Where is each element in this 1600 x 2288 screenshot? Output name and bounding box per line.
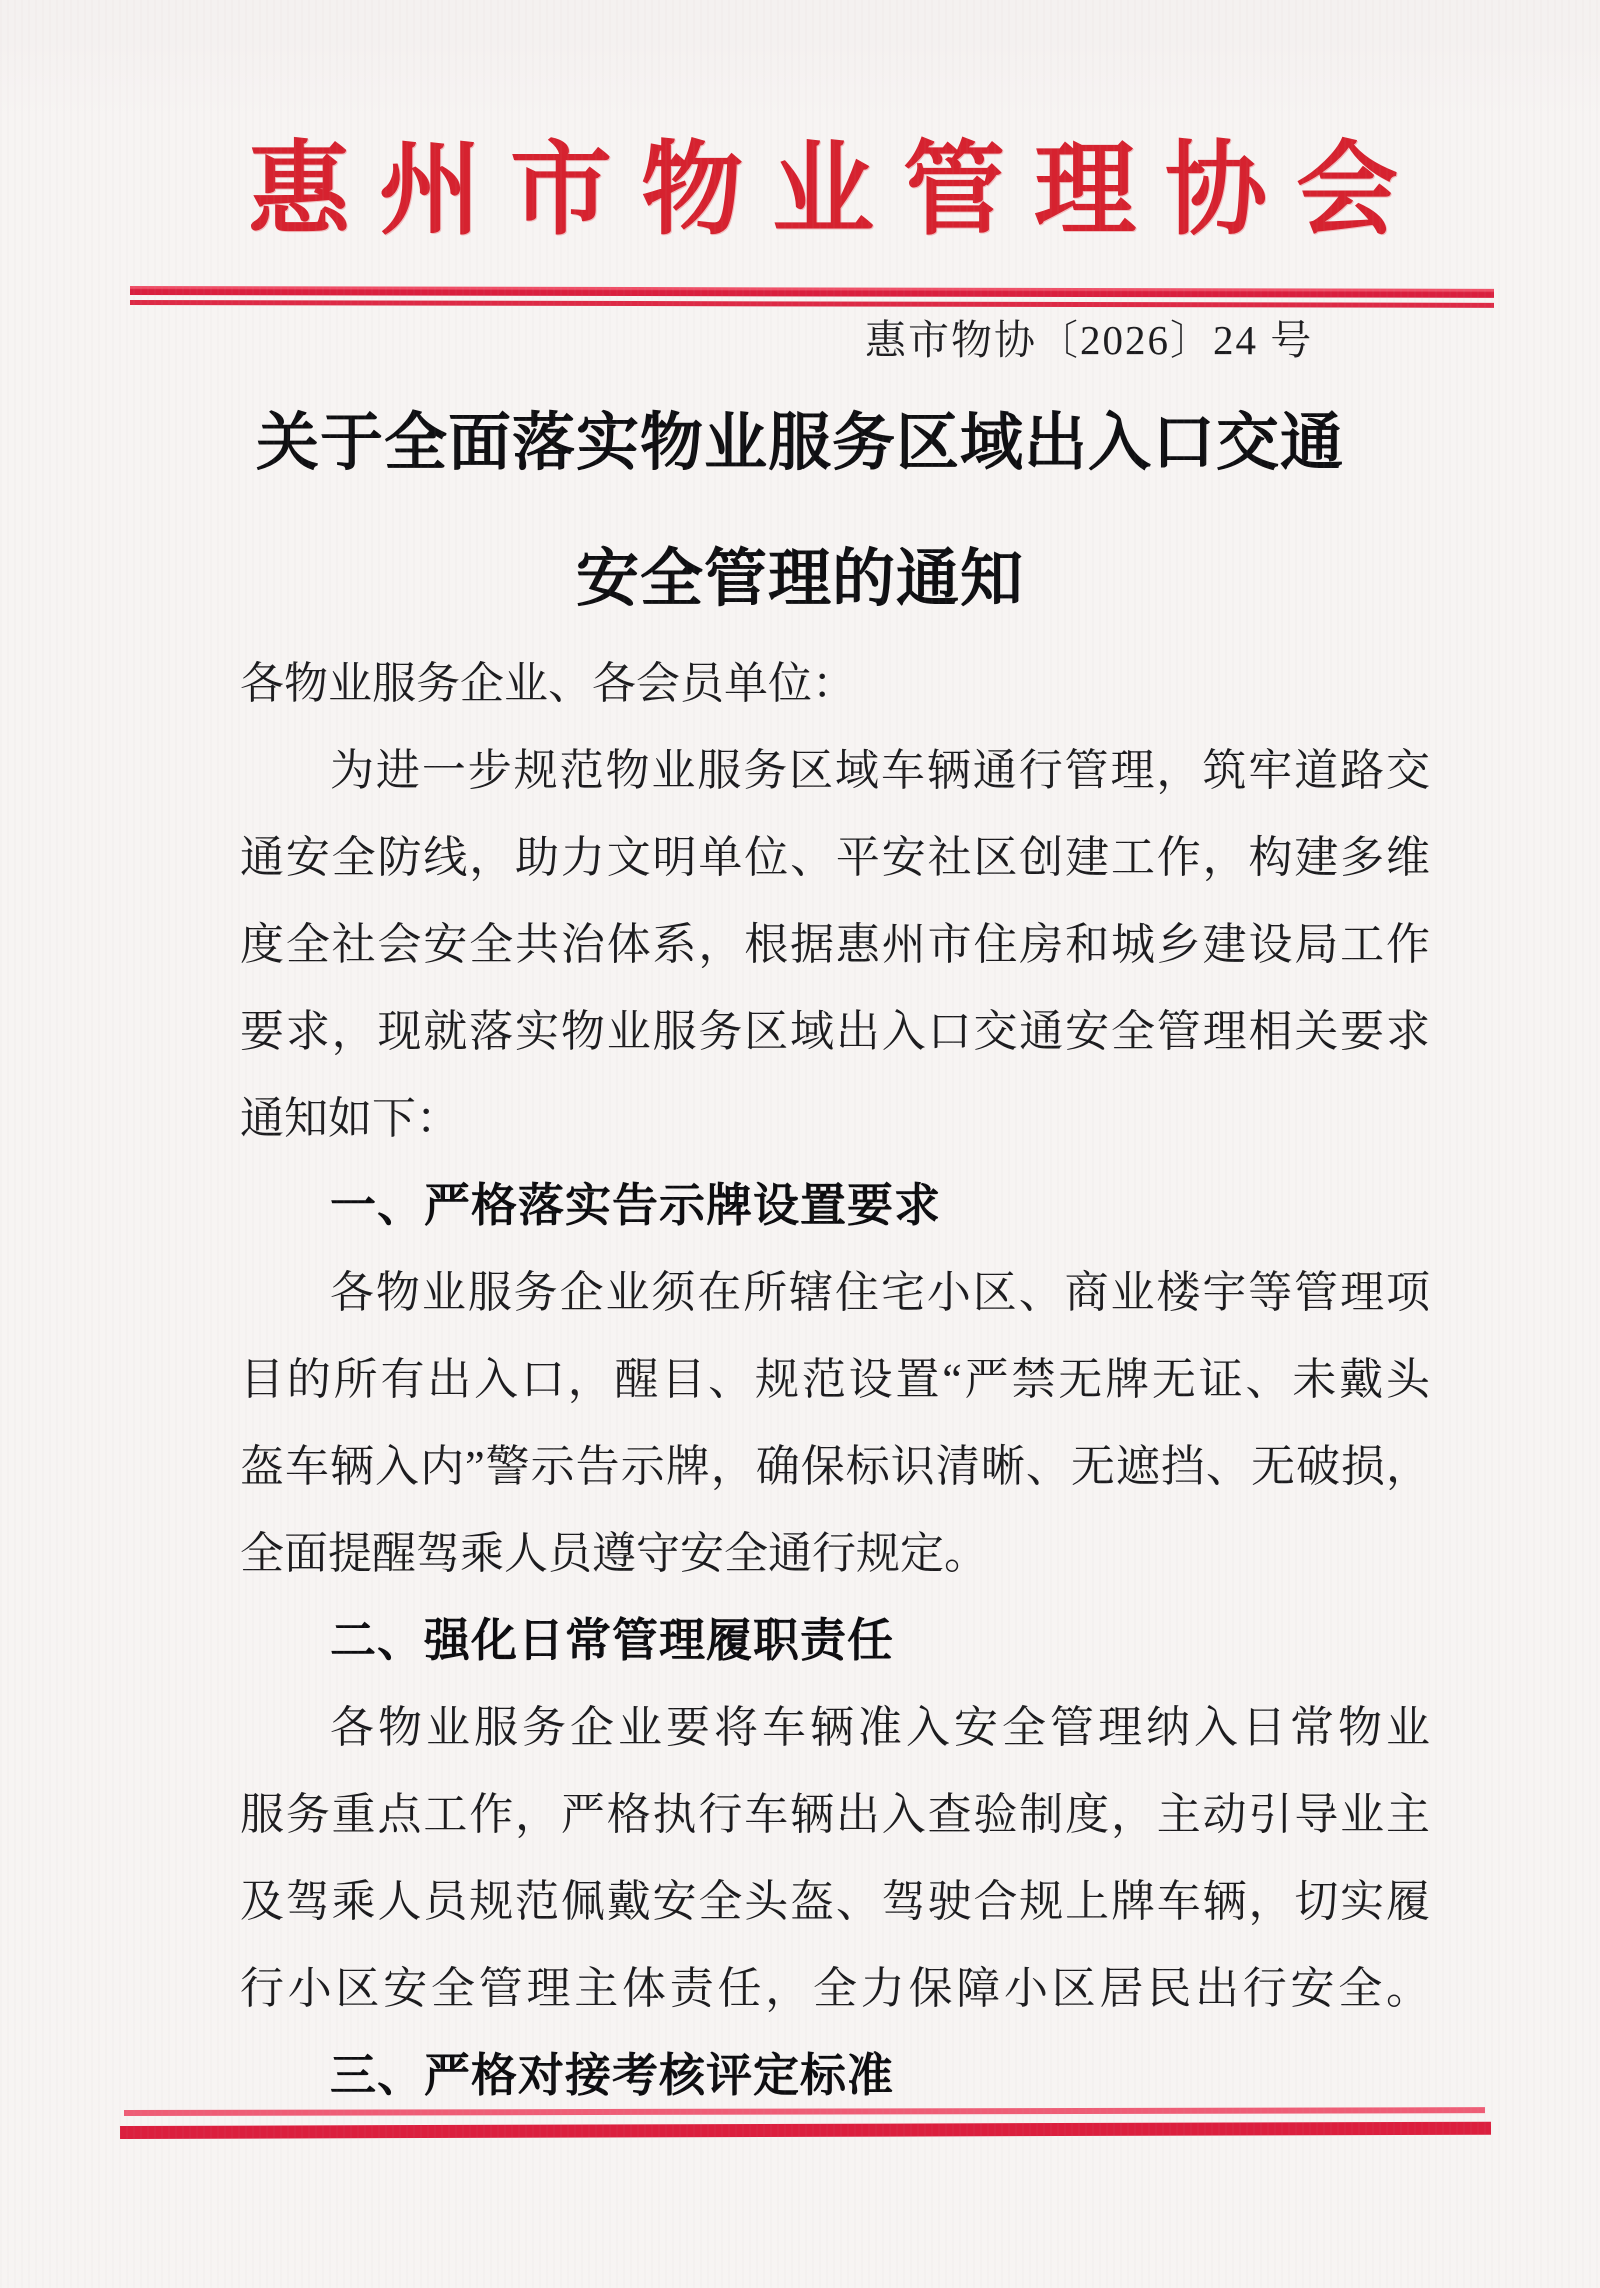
body-line: 各物业服务企业须在所辖住宅小区、商业楼宇等管理项	[240, 1249, 1430, 1336]
salutation: 各物业服务企业、各会员单位：	[240, 640, 1430, 727]
letterhead-org-name: 惠州市物业管理协会	[248, 141, 1427, 243]
body-line: 服务重点工作，严格执行车辆出入查验制度，主动引导业主	[240, 1771, 1430, 1858]
document-title-line2: 安全管理的通知	[0, 511, 1600, 647]
body-line: 要求，现就落实物业服务区域出入口交通安全管理相关要求	[240, 988, 1430, 1075]
body-line: 为进一步规范物业服务区域车辆通行管理，筑牢道路交	[240, 727, 1430, 814]
letterhead-rule-thin	[130, 300, 1494, 308]
body-line: 通安全防线，助力文明单位、平安社区创建工作，构建多维	[240, 814, 1430, 901]
letterhead-rule-thick	[130, 286, 1494, 298]
section-heading-3: 三、严格对接考核评定标准	[240, 2032, 1430, 2119]
body-line: 各物业服务企业要将车辆准入安全管理纳入日常物业	[240, 1684, 1430, 1771]
body-line: 全面提醒驾乘人员遵守安全通行规定。	[240, 1510, 1430, 1597]
scan-artifact-red-line-thick	[120, 2122, 1491, 2139]
document-title-line1: 关于全面落实物业服务区域出入口交通	[0, 375, 1600, 511]
document-body: 各物业服务企业、各会员单位： 为进一步规范物业服务区域车辆通行管理，筑牢道路交 …	[240, 640, 1430, 2119]
document-title: 关于全面落实物业服务区域出入口交通 安全管理的通知	[0, 375, 1600, 647]
body-line: 盔车辆入内”警示告示牌，确保标识清晰、无遮挡、无破损，	[240, 1423, 1430, 1510]
body-line: 通知如下：	[240, 1075, 1430, 1162]
body-line: 及驾乘人员规范佩戴安全头盔、驾驶合规上牌车辆，切实履	[240, 1858, 1430, 1945]
section-heading-2: 二、强化日常管理履职责任	[240, 1597, 1430, 1684]
section-heading-1: 一、严格落实告示牌设置要求	[240, 1162, 1430, 1249]
document-number: 惠市物协〔2026〕24 号	[865, 316, 1313, 364]
body-line: 目的所有出入口，醒目、规范设置“严禁无牌无证、未戴头	[240, 1336, 1430, 1423]
body-line: 度全社会安全共治体系，根据惠州市住房和城乡建设局工作	[240, 901, 1430, 988]
body-line: 行小区安全管理主体责任，全力保障小区居民出行安全。	[240, 1945, 1430, 2032]
